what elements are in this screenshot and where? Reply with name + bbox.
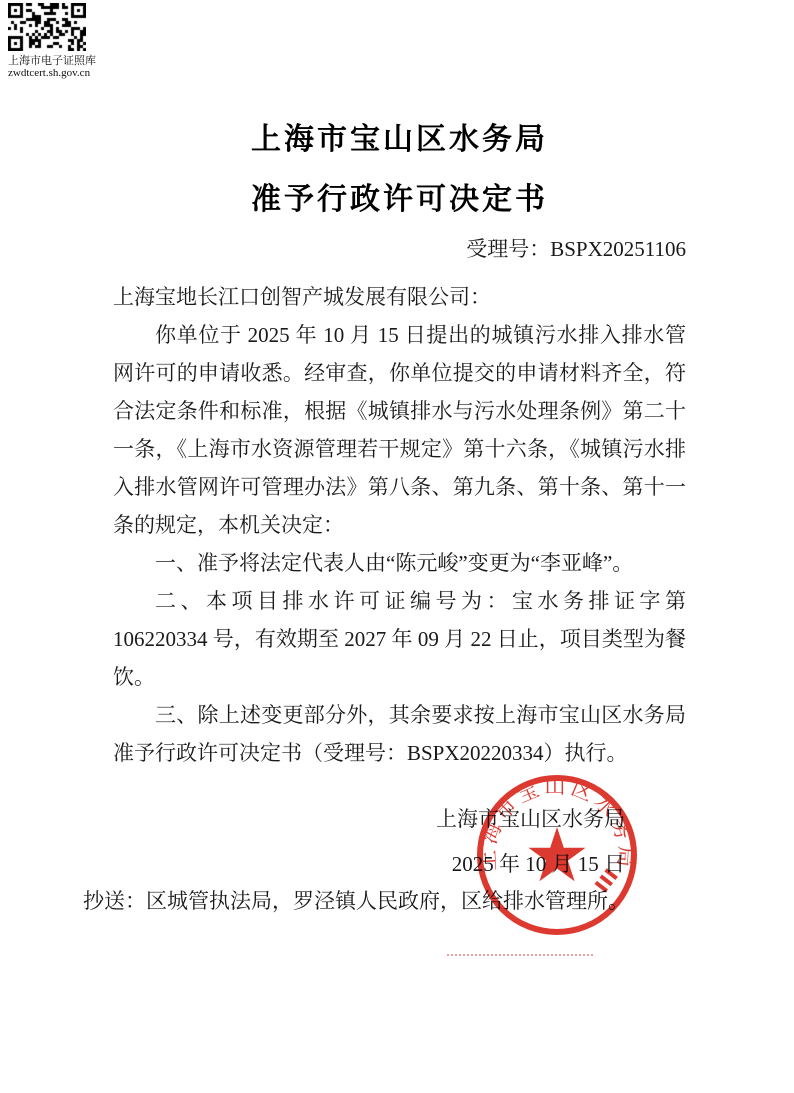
acceptance-number: 受理号：BSPX20251106	[113, 234, 686, 264]
qr-caption-url: zwdtcert.sh.gov.cn	[8, 68, 98, 80]
qr-code	[8, 3, 86, 51]
seal-star-icon	[529, 827, 586, 881]
document-title-agency: 上海市宝山区水务局	[113, 118, 686, 162]
qr-caption-source: 上海市电子证照库	[8, 56, 98, 68]
official-seal-stamp: 上海市宝山区水务局	[462, 760, 652, 950]
license-decision-document: 上海市电子证照库 zwdtcert.sh.gov.cn 上海市宝山区水务局 准予…	[0, 0, 794, 1093]
qr-block: 上海市电子证照库 zwdtcert.sh.gov.cn	[8, 3, 98, 79]
paragraph-item-2: 二、本项目排水许可证编号为：宝水务排证字第 106220334 号，有效期至 2…	[113, 582, 686, 696]
seal-code-mark	[595, 868, 618, 892]
paragraph-intro: 你单位于 2025 年 10 月 15 日提出的城镇污水排入排水管网许可的申请收…	[113, 316, 686, 544]
paragraph-item-1: 一、准予将法定代表人由“陈元峻”变更为“李亚峰”。	[113, 544, 686, 582]
seal-graphic: 上海市宝山区水务局	[462, 760, 652, 950]
document-title-type: 准予行政许可决定书	[113, 178, 686, 222]
seal-edge-dots	[447, 954, 593, 956]
salutation: 上海宝地长江口创智产城发展有限公司：	[113, 278, 686, 316]
